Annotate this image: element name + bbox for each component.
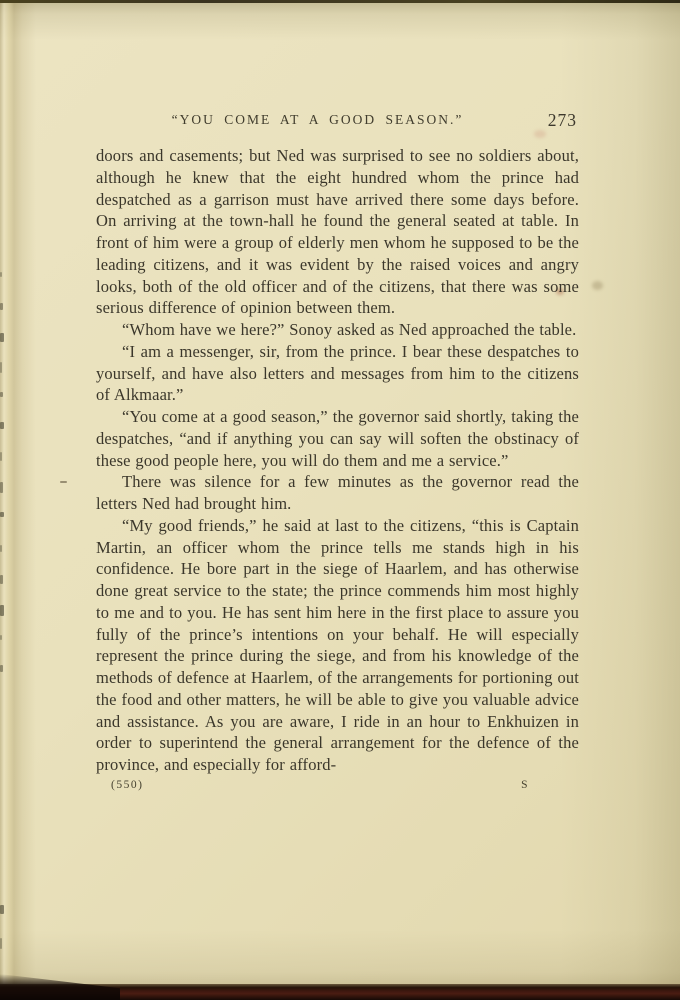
running-head: “YOU COME AT A GOOD SEASON.” 273 (96, 110, 579, 132)
paragraph: “I am a messenger, sir, from the prince.… (96, 341, 579, 406)
scanned-book-page: “YOU COME AT A GOOD SEASON.” 273 doors a… (0, 0, 680, 1000)
paragraph: “Whom have we here?” Sonoy asked as Ned … (96, 319, 579, 341)
book-cover-corner-shadow (0, 974, 120, 1000)
paragraph: doors and casements; but Ned was surpris… (96, 145, 579, 319)
scan-top-edge (0, 0, 680, 3)
paragraph: “My good friends,” he said at last to th… (96, 515, 579, 776)
paragraph: “You come at a good season,” the governo… (96, 406, 579, 471)
body-text: doors and casements; but Ned was surpris… (96, 145, 579, 776)
text-block: “YOU COME AT A GOOD SEASON.” 273 doors a… (96, 110, 579, 791)
catalogue-mark: (550) (111, 779, 143, 791)
page-number: 273 (548, 110, 577, 131)
page-foot: (550) S (96, 779, 579, 791)
foxing-spot (592, 281, 603, 290)
running-title: “YOU COME AT A GOOD SEASON.” (96, 112, 539, 128)
stray-mark (60, 481, 67, 483)
paragraph: There was silence for a few minutes as t… (96, 471, 579, 515)
facing-page-text-fragments (0, 0, 6, 1000)
signature-mark: S (521, 779, 529, 791)
